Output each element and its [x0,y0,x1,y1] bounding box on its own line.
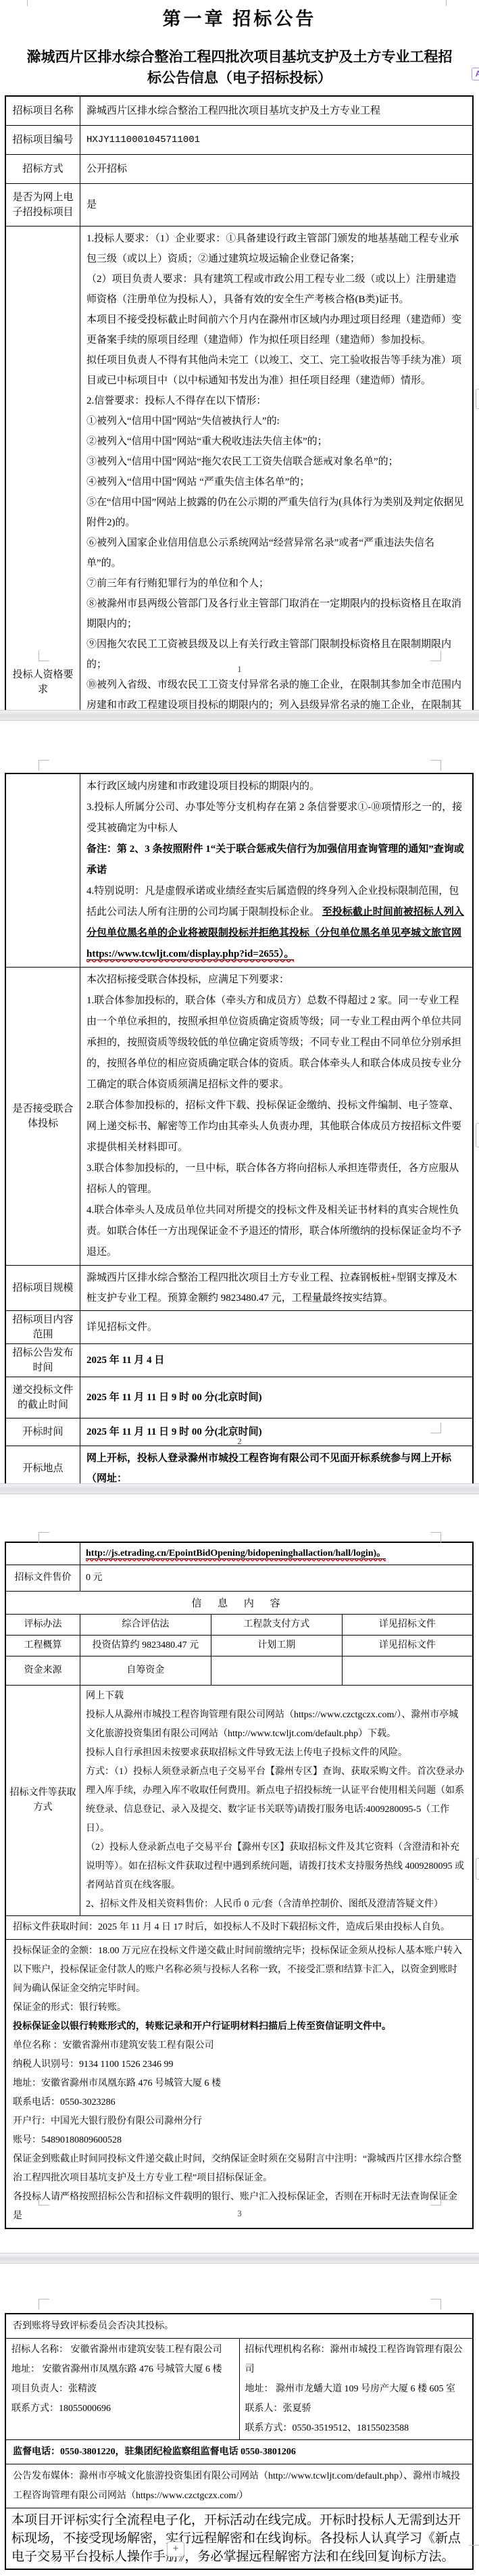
paragraph: 3.投标人所属分公司、办事处等分支机构存在第 2 条信誉要求①-⑩项情形之一的，… [86,797,466,839]
paragraph: 1.投标人要求：（1）企业要求：①具备建设行政主管部门颁发的地基基础工程专业承包… [86,229,466,269]
paragraph: ⑩被列入省级、市级农民工工资支付异常名录的施工企业，在限制其参加全市范围内房建和… [86,675,466,710]
bid-opening-url-link[interactable]: http://js.etrading.cn/EpointBidOpening/b… [86,1548,386,1559]
paragraph: 2.联合体参加投标的，招标文件下载、投标保证金缴纳、投标文件编制、电子签章、网上… [86,1095,466,1158]
crop-mark [39,2195,49,2205]
tenderer-phone: 联系方式：18055000696 [11,2399,234,2418]
paragraph: ②被列入“信用中国”网站“重大税收违法失信主体”的； [86,431,466,452]
e-bidding-notice-row: 本项目开评标实行全流程电子化，开标活动在线完成。开标时投标人无需到达开标现场，不… [5,2508,473,2570]
margin-tick [27,0,28,6]
edge-button-fragment[interactable] [476,389,479,409]
paragraph: 拟任项目负责人不得有其他尚未完工（以竣工、交工、完工验收报告等手续为准）项目或已… [86,350,466,391]
agency-name: 招标代理机构名称：滁州市城投工程咨询管理有限公司 [245,2340,468,2379]
page-2: 本行政区域内房建和市政建设项目投标的期限内的。 3.投标人所属分公司、办事处等分… [0,721,479,1483]
table-row: 资金来源 自筹资金 [5,1656,473,1686]
eval-method-label: 评标办法 [5,1615,80,1636]
doc-price-value: 0 元 [80,1565,474,1592]
margin-tick [446,0,447,6]
crop-mark [39,2299,49,2310]
paragraph-note: 备注：第 2、3 条按照附件 1“关于联合惩戒失信行为加强信用查询管理的通知”查… [86,839,466,881]
table-row: 招标项目规模 滁城西片区排水综合整治工程四批次项目土方专业工程、拉森钢板桩+型钢… [5,1266,473,1311]
paragraph: 4.特别说明：凡是虚假承诺或业绩经查实后属造假的终身列入企业投标限制范围，包括此… [86,881,466,965]
project-scale-label: 招标项目规模 [5,1266,80,1311]
paragraph: （2）投标人登录新点电子交易平台【滁州专区】获取招标文件及其它资料（含澄清和补充… [86,1838,467,1895]
paragraph: 各投标人请严格按照招标公告和招标文件载明的银行、账户汇入投标保证金，否则在开标时… [13,2188,465,2226]
announce-time-label: 招标公告发布时间 [5,1344,80,1377]
table-row: 投标人资格要求 1.投标人要求：（1）企业要求：①具备建设行政主管部门颁发的地基… [5,226,473,711]
paragraph: 1.联合体参加投标的，联合体（牵头方和成员方）总数不得超过 2 家。同一专业工程… [86,991,466,1095]
paragraph: ⑤在“信用中国”网站上披露的仍在公示期的严重失信行为(具体行为类别及判定依据见附… [86,492,466,533]
table-add-button[interactable]: + [167,2542,184,2557]
crop-mark [39,760,49,771]
empty-cell [211,1656,342,1686]
paragraph: 保证金的形式：银行转账。 [13,1999,465,2018]
doc-obtain-cell: 网上下载 投标人从滁州市城投工程咨询管理有限公司网站（https://www.c… [80,1686,474,1916]
table-row: 招标项目编号 HXJY1110001045711001 [5,126,473,155]
page-3: http://js.etrading.cn/EpointBidOpening/b… [0,1494,479,2253]
crop-mark [430,2195,441,2205]
paragraph: 2.信誉要求：投标人不得存在以下情形： [86,391,466,411]
doc-obtain-time-row: 招标文件获取时间：2025 年 11 月 4 日 17 时后，如投标人不及时下载… [5,1916,473,1940]
payment-method-label: 工程款支付方式 [211,1615,342,1636]
doc-price-label: 招标文件售价 [5,1565,80,1592]
tenderer-cell: 招标人名称： 安徽省滁州市建筑安装工程有限公司 地址： 安徽省滁州市凤凰东路 4… [5,2339,239,2440]
table-row: http://js.etrading.cn/EpointBidOpening/b… [5,1542,473,1565]
open-place-value: 网上开标，投标人登录滁州市城投工程咨询有限公司不见面开标系统参与网上开标（网址： [80,1446,474,1484]
submit-deadline-label: 递交投标文件的截止时间 [5,1377,80,1418]
table-row: 招标项目名称 滁城西片区排水综合整治工程四批次项目基坑支护及土方专业工程 [5,96,473,126]
table-row: 招标文件等获取方式 网上下载 投标人从滁州市城投工程咨询管理有限公司网站（htt… [5,1686,473,1916]
tenderer-address: 地址： 安徽省滁州市凤凰东路 476 号城管大厦 6 楼 [11,2360,234,2379]
joint-venture-cell: 本次招标接受联合体投标，应满足下列要求： 1.联合体参加投标的，联合体（牵头方和… [80,968,474,1266]
crop-mark [430,650,441,661]
info-table-page2: 本行政区域内房建和市政建设项目投标的期限内的。 3.投标人所属分公司、办事处等分… [5,773,474,1483]
supervision-phone-row: 监督电话：0550-3801220，驻集团纪检监察组监督电话 0550-3801… [5,2440,473,2464]
info-table-page4: 否到账将导致评标委员会否决其投标。 招标人名称： 安徽省滁州市建筑安装工程有限公… [5,2313,474,2570]
fund-source-label: 资金来源 [5,1656,80,1686]
open-place-label-cont [5,1542,80,1565]
qualification-label-cont [5,773,80,968]
crop-mark [430,760,441,771]
paragraph: 网上下载 [86,1687,467,1706]
tender-method-label: 招标方式 [5,155,80,184]
page-break [0,2253,479,2264]
table-row: 招标文件售价 0 元 [5,1565,473,1592]
payment-method-value: 详见招标文件 [342,1615,473,1636]
crop-mark [469,2545,479,2556]
doc-subtitle: 滁城西片区排水综合整治工程四批次项目基坑支护及土方专业工程招标公告信息（电子招标… [20,47,459,89]
chapter-title: 第一章 招标公告 [0,4,479,30]
empty-cell [342,1656,473,1686]
fund-source-value: 自筹资金 [80,1656,211,1686]
paragraph: 2、招标文件及相关资料售价：人民币 0 元/套（含清单控制价、图纸及澄清答疑文件… [86,1895,467,1914]
paragraph: 投标人自行承担因未按要求获取招标文件导致无法上传电子投标文件的风险。 [86,1744,467,1763]
table-row: 否到账将导致评标委员会否决其投标。 [5,2314,473,2339]
table-row: 评标办法 综合评估法 工程款支付方式 详见招标文件 [5,1615,473,1636]
budget-value: 投资估算约 9823480.47 元 [80,1636,211,1656]
paragraph: ③被列入“信用中国”网站“拖欠农民工工资失信联合惩戒对象名单”的； [86,452,466,472]
announce-time-value: 2025 年 11 月 4 日 [80,1344,474,1377]
duration-value: 详见招标文件 [342,1636,473,1656]
agency-address: 地址： 滁州市龙蟠大道 109 号房产大厦 6 楼 605 室 [245,2379,468,2399]
content-scope-label: 招标项目内容范围 [5,1311,80,1344]
project-number-value: HXJY1110001045711001 [80,126,474,155]
bank-name: 开户行：中国光大银行股份有限公司滁州分行 [13,2112,465,2131]
edge-button-fragment[interactable] [476,1123,479,1147]
table-row: 本项目开评标实行全流程电子化，开标活动在线完成。开标时投标人无需到达开标现场，不… [5,2508,473,2570]
deposit-transfer-note: 投标保证金以银行转账形式的，转账记录和开户行证明材料扫描后上传至资信证明文件中。 [13,2018,465,2036]
table-row: 招标方式 公开招标 [5,155,473,184]
paragraph: 本次招标接受联合体投标，应满足下列要求： [86,970,466,991]
paragraph: ⑥被列入国家企业信用信息公示系统网站“经营异常名录”或者“严重违法失信名单”的。 [86,533,466,573]
paragraph: ④被列入“信用中国”网站 “严重失信主体名单”的； [86,472,466,492]
crop-mark [39,650,49,661]
blacklist-url-link[interactable]: https://www.tcwljt.com/display.php?id=26… [86,949,294,960]
table-row: 开标地点 网上开标，投标人登录滁州市城投工程咨询有限公司不见面开标系统参与网上开… [5,1446,473,1484]
paragraph: ⑧被滁州市县两级公管部门及各行业主管部门取消在一定期限内的投标资格且在取消期限内… [86,594,466,634]
joint-venture-label: 是否接受联合体投标 [5,968,80,1266]
crop-mark [430,2299,441,2310]
document-viewport: 第一章 招标公告 滁城西片区排水综合整治工程四批次项目基坑支护及土方专业工程招标… [0,0,479,2576]
table-row: 招标公告发布时间 2025 年 11 月 4 日 [5,1344,473,1377]
duration-label: 计划工期 [211,1636,342,1656]
tenderer-name: 招标人名称： 安徽省滁州市建筑安装工程有限公司 [11,2340,234,2360]
project-number-label: 招标项目编号 [5,126,80,155]
page-number: 3 [0,2208,479,2219]
online-etender-label: 是否为网上电子招投标项目 [5,184,80,226]
media-row: 公告发布媒体：滁州市亭城文化旅游投资集团有限公司网站（http://www.tc… [5,2464,473,2508]
table-row: 投标保证金的金额：18.00 万元应在投标文件递交截止时间前缴纳完毕；投标保证金… [5,1940,473,2229]
crop-mark [430,1423,441,1433]
project-scale-value: 滁城西片区排水综合整治工程四批次项目土方专业工程、拉森钢板桩+型钢支撑及木桩支护… [80,1266,474,1311]
info-table-page3: http://js.etrading.cn/EpointBidOpening/b… [5,1542,474,2229]
paragraph: ①被列入“信用中国”网站“失信被执行人”的: [86,411,466,431]
table-row: 本行政区域内房建和市政建设项目投标的期限内的。 3.投标人所属分公司、办事处等分… [5,773,473,968]
account-phone: 联系电话：0550-3023286 [13,2093,465,2112]
page-break [0,1483,479,1494]
project-name-value: 滁城西片区排水综合整治工程四批次项目基坑支护及土方专业工程 [80,96,474,126]
bank-account-number: 账号：54890180809600528 [13,2131,465,2150]
account-address: 地址：安徽省滁州市凤凰东路 476 号城管大厦 6 楼 [13,2074,465,2093]
taxpayer-id: 纳税人识别号：9134 1100 1526 2346 99 [13,2055,465,2074]
doc-obtain-label: 招标文件等获取方式 [5,1686,80,1916]
tenderer-manager: 项目负责人：张精波 [11,2379,234,2399]
submit-deadline-value: 2025 年 11 月 11 日 9 时 00 分(北京时间) [80,1377,474,1418]
paragraph: 本行政区域内房建和市政建设项目投标的期限内的。 [86,776,466,797]
info-content-header: 信 息 内 容 [5,1592,473,1615]
page-number: 1 [0,664,479,675]
crop-mark [430,1532,441,1543]
accessibility-badge-icon[interactable]: A [472,68,479,80]
page-number: 2 [0,1436,479,1447]
agency-cell: 招标代理机构名称：滁州市城投工程咨询管理有限公司 地址： 滁州市龙蟠大道 109… [239,2339,473,2440]
table-row: 招标文件获取时间：2025 年 11 月 4 日 17 时后，如投标人不及时下载… [5,1916,473,1940]
qualification-cell: 1.投标人要求：（1）企业要求：①具备建设行政主管部门颁发的地基基础工程专业承包… [80,226,474,711]
paragraph: 4.联合体牵头人及成员单位共同对所提交的投标文件及相关证书材料的真实合规性负责。… [86,1200,466,1263]
tender-method-value: 公开招标 [80,155,474,184]
paragraph: 方式：（1）投标人须登录新点电子交易平台【滁州专区】查询、获取采购文件。首次登录… [86,1763,467,1838]
open-place-label: 开标地点 [5,1446,80,1484]
paragraph: 本项目不接受投标截止时间前六个月内在滁州市区域内办理过项目经理（建造师）变更备案… [86,310,466,350]
table-row: 招标项目内容范围 详见招标文件。 [5,1311,473,1344]
page-4: 否到账将导致评标委员会否决其投标。 招标人名称： 安徽省滁州市建筑安装工程有限公… [0,2264,479,2576]
paragraph: 投标人从滁州市城投工程咨询管理有限公司网站（https://www.czctgc… [86,1706,467,1744]
table-row: 是否接受联合体投标 本次招标接受联合体投标，应满足下列要求： 1.联合体参加投标… [5,968,473,1266]
deposit-cell: 投标保证金的金额：18.00 万元应在投标文件递交截止时间前缴纳完毕；投标保证金… [5,1940,473,2229]
table-row: 递交投标文件的截止时间 2025 年 11 月 11 日 9 时 00 分(北京… [5,1377,473,1418]
eval-method-value: 综合评估法 [80,1615,211,1636]
paragraph: 3.联合体参加投标的，一旦中标，联合体各方将向招标人承担连带责任，各方应服从招标… [86,1158,466,1200]
crop-mark [39,1532,49,1543]
paragraph: 投标保证金的金额：18.00 万元应在投标文件递交截止时间前缴纳完毕；投标保证金… [13,1942,465,1999]
table-row: 公告发布媒体：滁州市亭城文化旅游投资集团有限公司网站（http://www.tc… [5,2464,473,2508]
table-row: 招标人名称： 安徽省滁州市建筑安装工程有限公司 地址： 安徽省滁州市凤凰东路 4… [5,2339,473,2440]
budget-label: 工程概算 [5,1636,80,1656]
agency-contact: 联系人：张夏骄 [245,2399,468,2418]
table-row: 信 息 内 容 [5,1592,473,1615]
page-break [0,710,479,721]
page-1: 第一章 招标公告 滁城西片区排水综合整治工程四批次项目基坑支护及土方专业工程招标… [0,0,479,710]
paragraph: ⑦前三年有行贿犯罪行为的单位和个人； [86,573,466,594]
edge-button-fragment[interactable] [476,1858,479,1880]
account-name: 单位名称 ：安徽省滁州市建筑安装工程有限公司 [13,2036,465,2055]
online-etender-value: 是 [80,184,474,226]
paragraph: （2）项目负责人要求：具有建筑工程或市政公用工程专业二级（或以上）注册建造师资格… [86,269,466,310]
paragraph: 保证金到账截止时间同投标文件递交截止时间，交纳保证金时须在交易附言中注明：“滁城… [13,2150,465,2188]
agency-phone: 联系方式：0550-3519512、18155023588 [245,2418,468,2438]
qualification-cont-cell: 本行政区域内房建和市政建设项目投标的期限内的。 3.投标人所属分公司、办事处等分… [80,773,474,968]
table-row: 是否为网上电子招投标项目 是 [5,184,473,226]
table-row: 工程概算 投资估算约 9823480.47 元 计划工期 详见招标文件 [5,1636,473,1656]
info-table-page1: 招标项目名称 滁城西片区排水综合整治工程四批次项目基坑支护及土方专业工程 招标项… [5,95,474,710]
deposit-cont-row: 否到账将导致评标委员会否决其投标。 [5,2314,473,2339]
content-scope-value: 详见招标文件。 [80,1311,474,1344]
table-row: 监督电话：0550-3801220，驻集团纪检监察组监督电话 0550-3801… [5,2440,473,2464]
qualification-label: 投标人资格要求 [5,226,80,711]
crop-mark [39,1423,49,1433]
open-place-url-cell: http://js.etrading.cn/EpointBidOpening/b… [80,1542,474,1565]
project-name-label: 招标项目名称 [5,96,80,126]
